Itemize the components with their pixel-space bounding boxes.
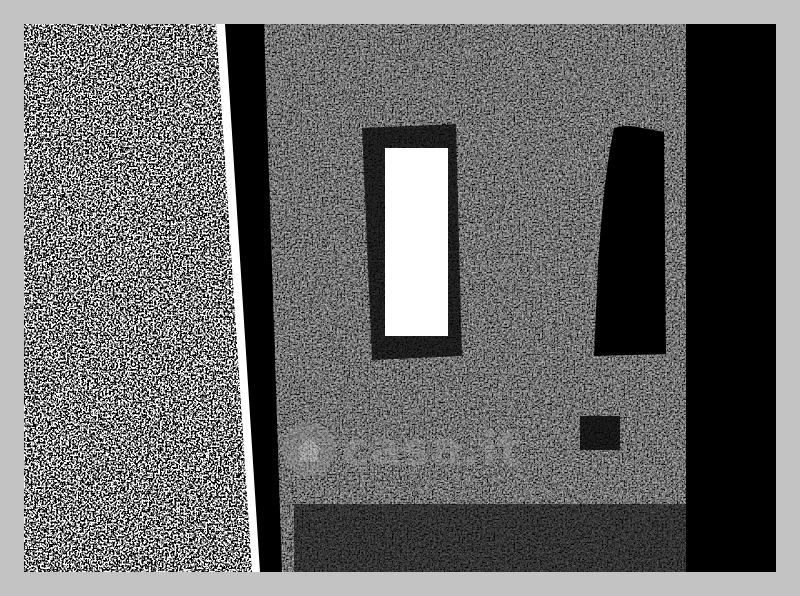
window: [385, 148, 448, 336]
dithered-room-image: [24, 24, 776, 572]
listing-photo: casa.it: [24, 24, 776, 572]
